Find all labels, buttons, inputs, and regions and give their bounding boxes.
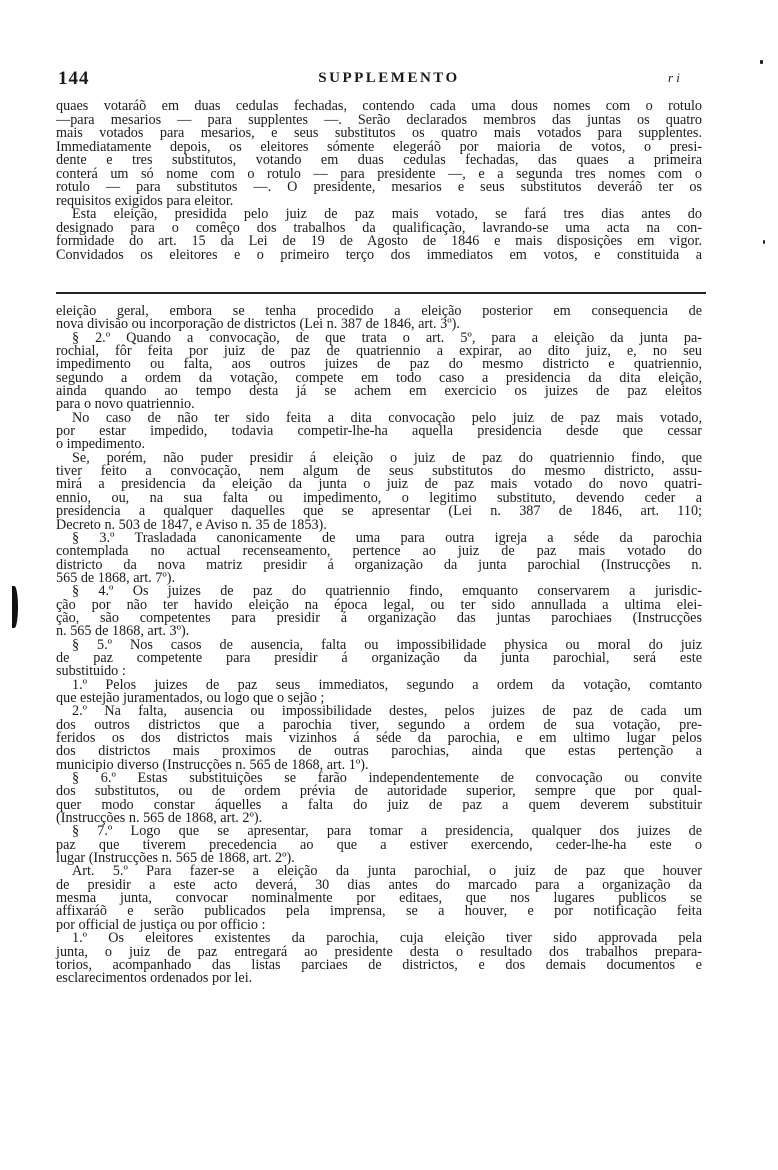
margin-speck bbox=[760, 60, 763, 64]
text-line: Convidados os eleitores e o primeiro ter… bbox=[56, 249, 702, 263]
bottom-text-block: eleição geral, embora se tenha procedido… bbox=[56, 305, 702, 986]
section-divider-rule bbox=[56, 292, 706, 294]
corner-mark: r i bbox=[668, 70, 680, 86]
text-line: esclarecimentos ordenados por lei. bbox=[56, 972, 702, 985]
margin-speck bbox=[763, 240, 765, 244]
text-line: por estar impedido, todavia competir-lhe… bbox=[56, 425, 702, 438]
top-text-block: quaes votaráõ em duas cedulas fechadas, … bbox=[56, 100, 702, 263]
running-title: SUPPLEMENTO bbox=[0, 70, 778, 87]
text-line: de paz competente para presidir á organi… bbox=[56, 652, 702, 665]
margin-bracket-mark bbox=[12, 586, 18, 628]
